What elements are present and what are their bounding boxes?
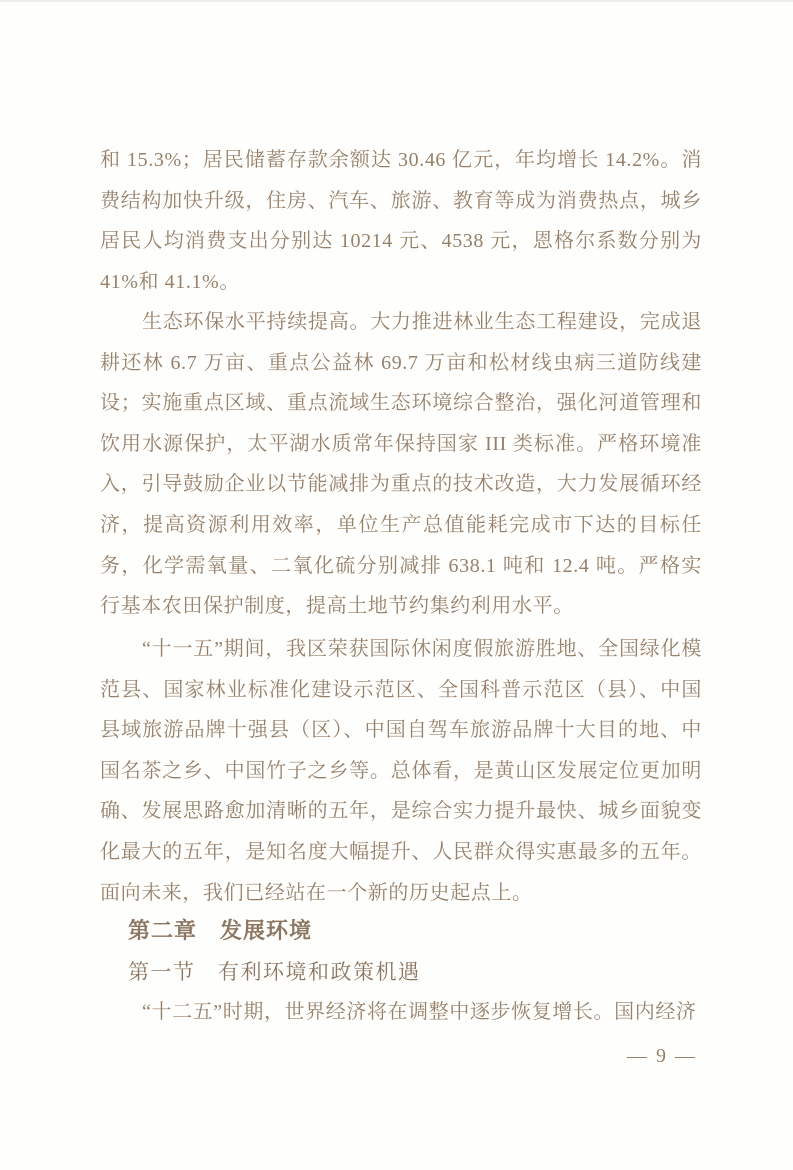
paragraph-consumption-continuation: 和 15.3%；居民储蓄存款余额达 30.46 亿元，年均增长 14.2%。消费… [100,140,702,302]
paragraph-ecology: 生态环保水平持续提高。大力推进林业生态工程建设，完成退耕还林 6.7 万亩、重点… [100,302,702,627]
paragraph-economy-outlook: “十二五”时期，世界经济将在调整中逐步恢复增长。国内经济 [100,992,702,1033]
page-number: — 9 — [602,1042,722,1070]
section-heading: 第一节 有利环境和政策机遇 [128,952,702,993]
paragraph-achievements: “十一五”期间，我区荣获国际休闲度假旅游胜地、全国绿化模范县、国家林业标准化建设… [100,629,702,913]
document-page: 和 15.3%；居民储蓄存款余额达 30.46 亿元，年均增长 14.2%。消费… [0,0,793,1170]
chapter-heading: 第二章 发展环境 [128,911,702,952]
scan-edge-artifact [0,0,793,2]
